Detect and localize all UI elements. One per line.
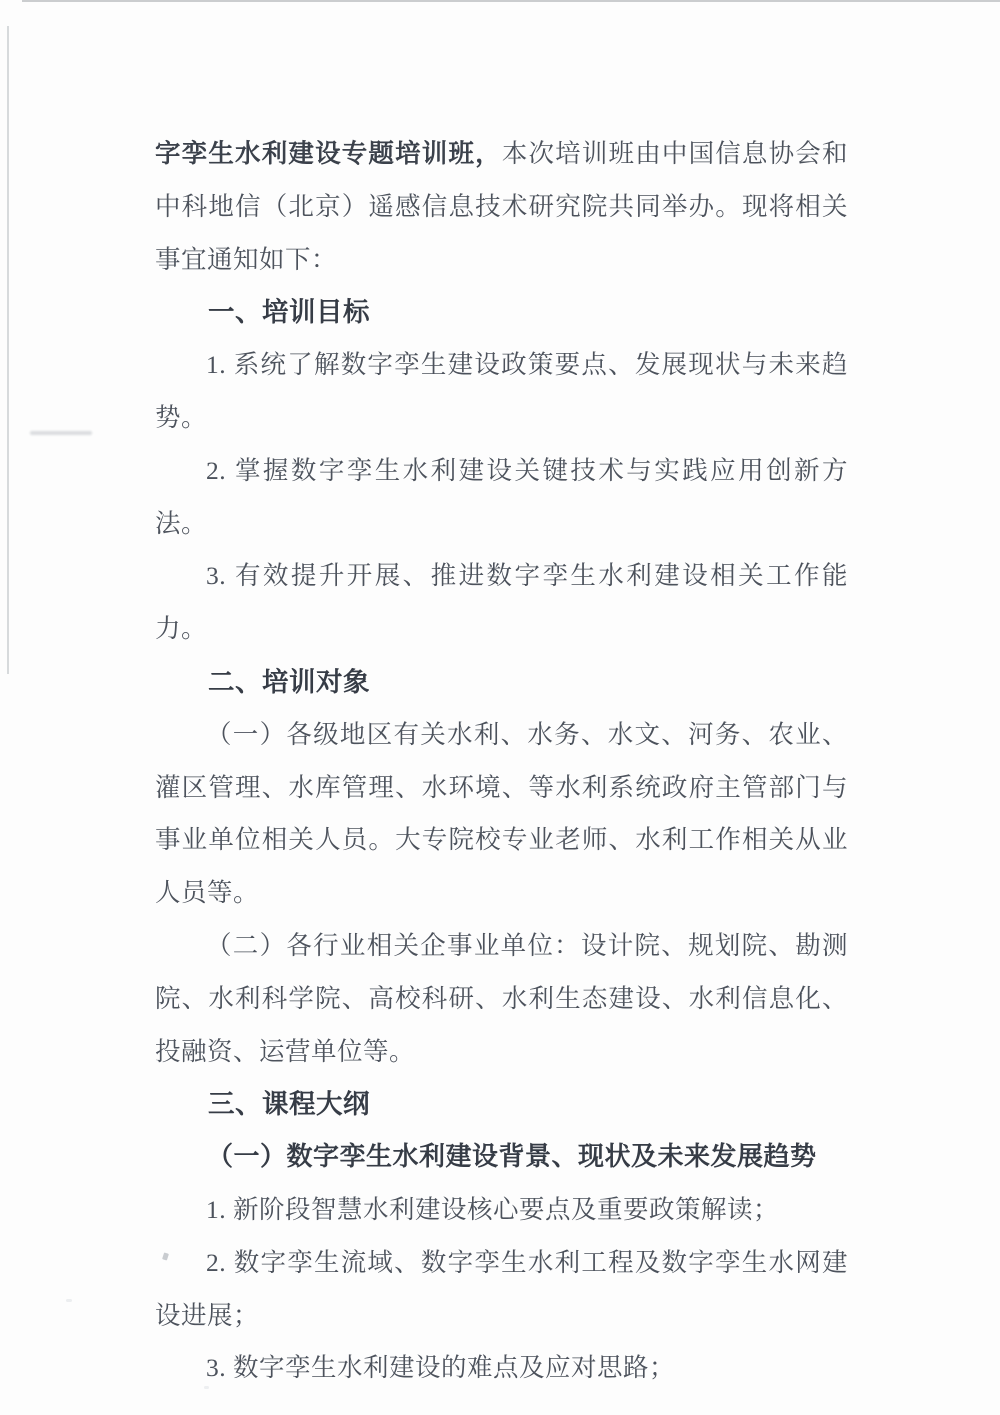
scan-edge-top-artifact bbox=[22, 0, 1000, 2]
intro-paragraph: 字孪生水利建设专题培训班，本次培训班由中国信息协会和中科地信（北京）遥感信息技术… bbox=[155, 128, 848, 286]
section-heading-training-audience: 二、培训对象 bbox=[155, 656, 848, 709]
training-goal-item-3: 3. 有效提升开展、推进数字孪生水利建设相关工作能力。 bbox=[155, 550, 848, 656]
course-item-3: 3. 数字孪生水利建设的难点及应对思路； bbox=[155, 1342, 848, 1395]
intro-bold-lead: 字孪生水利建设专题培训班， bbox=[155, 139, 502, 168]
scan-edge-left-artifact bbox=[7, 26, 9, 674]
course-outline-subheading: （一）数字孪生水利建设背景、现状及未来发展趋势 bbox=[155, 1131, 848, 1184]
course-item-2: 2. 数字孪生流域、数字孪生水利工程及数字孪生水网建设进展； bbox=[155, 1237, 848, 1343]
scan-speck-artifact bbox=[66, 1299, 72, 1302]
training-goal-item-1: 1. 系统了解数字孪生建设政策要点、发展现状与未来趋势。 bbox=[155, 339, 848, 445]
scan-smudge-artifact bbox=[30, 431, 92, 435]
audience-item-2: （二）各行业相关企事业单位：设计院、规划院、勘测院、水利科学院、高校科研、水利生… bbox=[155, 920, 848, 1078]
audience-item-1: （一）各级地区有关水利、水务、水文、河务、农业、灌区管理、水库管理、水环境、等水… bbox=[155, 709, 848, 920]
course-item-1: 1. 新阶段智慧水利建设核心要点及重要政策解读； bbox=[155, 1184, 848, 1237]
document-body: 字孪生水利建设专题培训班，本次培训班由中国信息协会和中科地信（北京）遥感信息技术… bbox=[155, 128, 848, 1395]
section-heading-course-outline: 三、课程大纲 bbox=[155, 1078, 848, 1131]
scanned-document-page: 字孪生水利建设专题培训班，本次培训班由中国信息协会和中科地信（北京）遥感信息技术… bbox=[0, 0, 1000, 1415]
section-heading-training-goals: 一、培训目标 bbox=[155, 286, 848, 339]
training-goal-item-2: 2. 掌握数字孪生水利建设关键技术与实践应用创新方法。 bbox=[155, 445, 848, 551]
